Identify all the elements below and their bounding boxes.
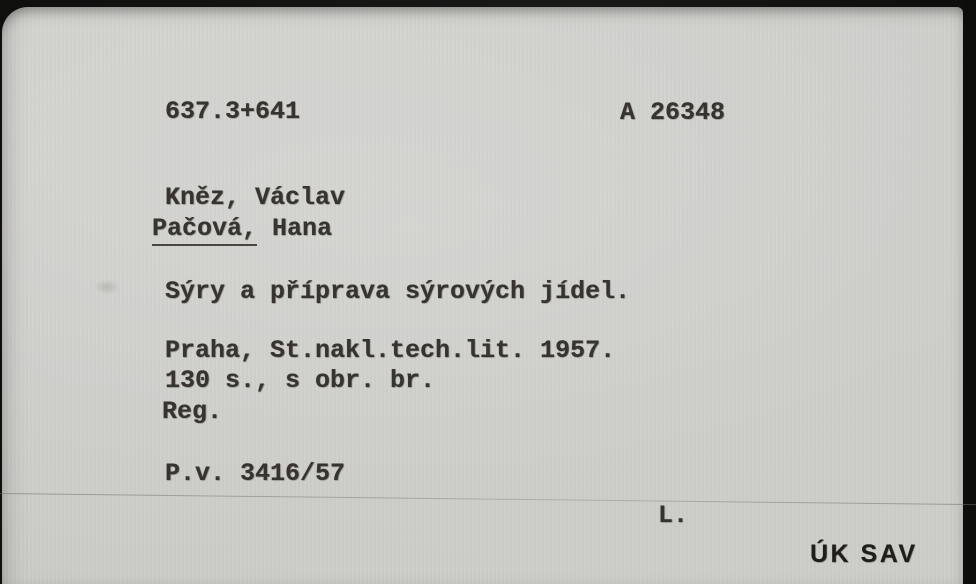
author-line-1: Kněz, Václav [165, 184, 345, 212]
author-line-2-underlined: Pačová, [152, 214, 257, 246]
title-line: Sýry a příprava sýrových jídel. [165, 278, 630, 306]
paper-smudge [94, 279, 120, 295]
author-line-2-rest: Hana [257, 214, 332, 243]
cataloguer-initial: L. [658, 502, 688, 530]
note-line: Reg. [162, 398, 222, 426]
collation-line: 130 s., s obr. br. [165, 367, 435, 395]
imprint-line: Praha, St.nakl.tech.lit. 1957. [165, 337, 615, 365]
accession-number: A 26348 [620, 99, 725, 127]
author-line-2: Pačová, Hana [152, 215, 332, 243]
horizontal-rule [0, 493, 976, 505]
photo-background: 637.3+641 A 26348 Kněz, Václav Pačová, H… [0, 0, 976, 584]
record-number: P.v. 3416/57 [165, 460, 345, 488]
classification-number: 637.3+641 [165, 98, 300, 126]
library-stamp: ÚK SAV [810, 540, 918, 569]
catalog-card: 637.3+641 A 26348 Kněz, Václav Pačová, H… [2, 7, 963, 584]
